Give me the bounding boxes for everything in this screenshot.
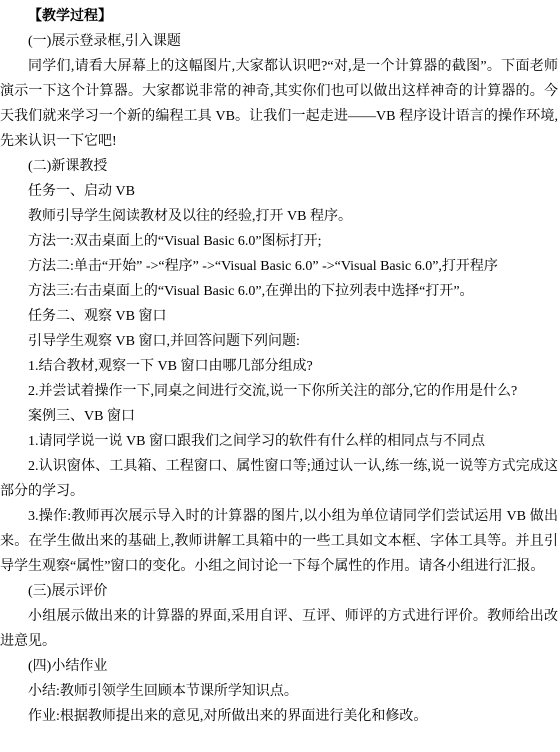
section-3-heading: (三)展示评价 — [0, 579, 558, 604]
section-1-heading: (一)展示登录框,引入课题 — [0, 29, 558, 54]
section-4-heading: (四)小结作业 — [0, 654, 558, 679]
task-2-question-1: 1.结合教材,观察一下 VB 窗口由哪几部分组成? — [0, 354, 558, 379]
task-2-question-2: 2.并尝试着操作一下,同桌之间进行交流,说一下你所关注的部分,它的作用是什么? — [0, 379, 558, 404]
case-3-item-3: 3.操作:教师再次展示导入时的计算器的图片,以小组为单位请同学们尝试运用 VB … — [0, 504, 558, 579]
task-1-method-3: 方法三:右击桌面上的“Visual Basic 6.0”,在弹出的下拉列表中选择… — [0, 279, 558, 304]
section-1-intro-paragraph: 同学们,请看大屏幕上的这幅图片,大家都认识吧?“对,是一个计算器的截图”。下面老… — [0, 54, 558, 154]
section-4-homework: 作业:根据教师提出来的意见,对所做出来的界面进行美化和修改。 — [0, 704, 558, 729]
task-1-heading: 任务一、启动 VB — [0, 179, 558, 204]
case-3-heading: 案例三、VB 窗口 — [0, 404, 558, 429]
heading-teaching-process: 【教学过程】 — [0, 4, 558, 29]
case-3-item-1: 1.请同学说一说 VB 窗口跟我们之间学习的软件有什么样的相同点与不同点 — [0, 429, 558, 454]
task-1-description: 教师引导学生阅读教材及以往的经验,打开 VB 程序。 — [0, 204, 558, 229]
section-4-summary: 小结:教师引领学生回顾本节课所学知识点。 — [0, 679, 558, 704]
task-1-method-2: 方法二:单击“开始” ->“程序” ->“Visual Basic 6.0” -… — [0, 254, 558, 279]
task-2-description: 引导学生观察 VB 窗口,并回答问题下列问题: — [0, 329, 558, 354]
task-1-method-1: 方法一:双击桌面上的“Visual Basic 6.0”图标打开; — [0, 229, 558, 254]
section-3-description: 小组展示做出来的计算器的界面,采用自评、互评、师评的方式进行评价。教师给出改进意… — [0, 604, 558, 654]
document-page: 【教学过程】 (一)展示登录框,引入课题 同学们,请看大屏幕上的这幅图片,大家都… — [0, 0, 560, 752]
case-3-item-2: 2.认识窗体、工具箱、工程窗口、属性窗口等;通过认一认,练一练,说一说等方式完成… — [0, 454, 558, 504]
section-2-heading: (二)新课教授 — [0, 154, 558, 179]
task-2-heading: 任务二、观察 VB 窗口 — [0, 304, 558, 329]
